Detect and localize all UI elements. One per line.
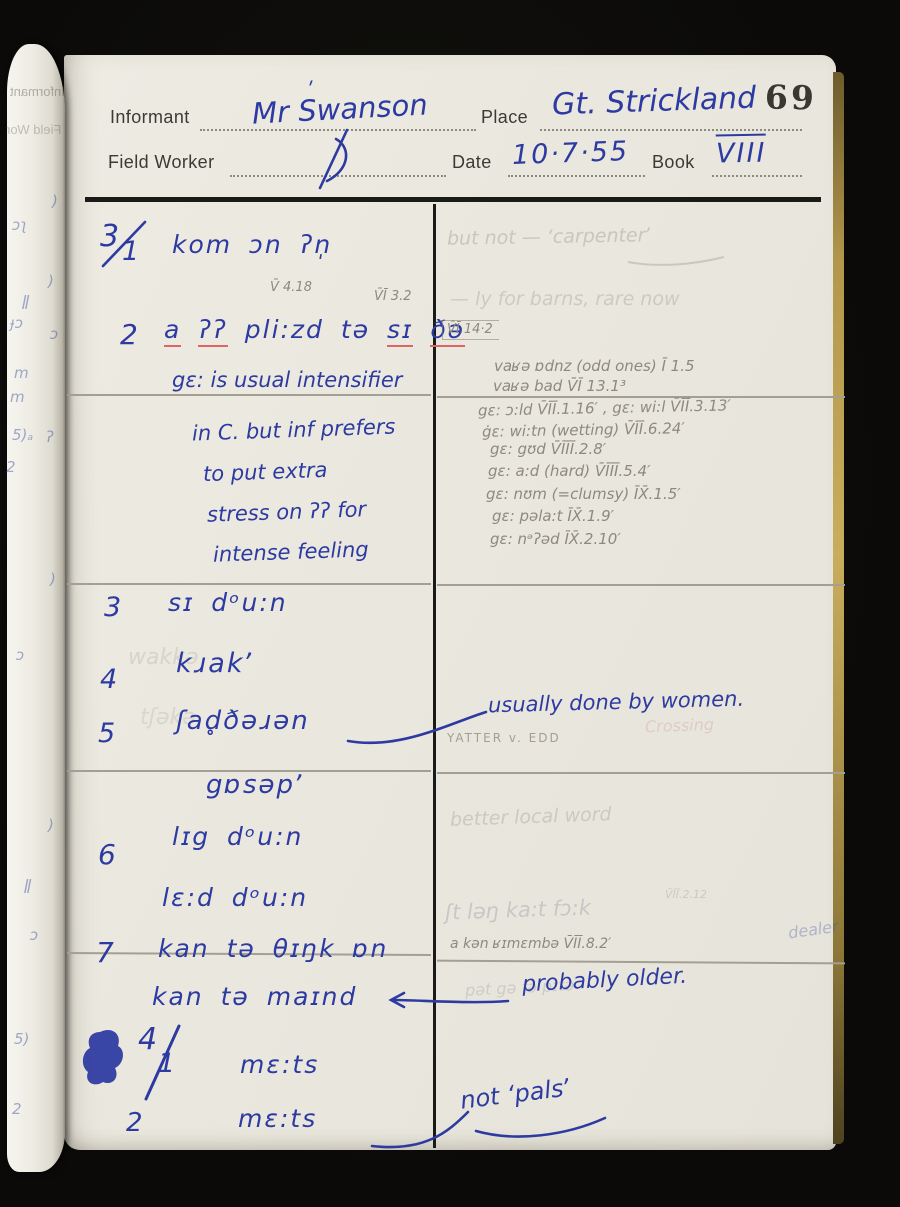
- row-rule: [67, 583, 431, 585]
- spine-mark: ɔʅ: [12, 216, 27, 234]
- entry-2-note-line1-clip: gɛ: is usual intensifier: [172, 368, 433, 404]
- pencil-ref-line: ġɛ: wi:tn (wetting) V̄ĪĪ.6.24′: [482, 419, 685, 441]
- informant-label: Informant: [110, 107, 190, 128]
- entry-4-number: 4: [100, 664, 117, 695]
- entry-7-number: 7: [96, 936, 114, 969]
- token-underlined: a: [164, 315, 181, 347]
- field-worker-dotted-line: [230, 175, 446, 177]
- entry-5-number: 5: [98, 718, 115, 749]
- book-label: Book: [652, 152, 695, 173]
- ghost-ref: V̄ĪĪ.2.12: [665, 888, 707, 901]
- entry-5-transcription: ʃad̥ðəɹən: [176, 706, 310, 736]
- pencil-ref-vi-3-2: V̄Ī 3.2: [374, 289, 412, 304]
- entry-7-transcription-1: kan tə θɪŋk ɒn: [158, 934, 388, 963]
- spine-mark: 5)ₐ: [12, 426, 33, 444]
- pencil-ref-line: gɛ: pəla:t ĪX̄.1.9′: [492, 507, 614, 525]
- entry-5-extra-transcription: gɒsəpʼ: [206, 770, 305, 800]
- entry-8-transcription-2: mɛ:ts: [238, 1104, 317, 1133]
- spine-mark: m: [14, 364, 29, 382]
- spine-mark: ǁ: [24, 876, 31, 894]
- spine-mark: 2: [6, 458, 16, 476]
- mirrored-informant-label: Informant: [10, 84, 65, 99]
- entry-1-subnumber: 1: [122, 236, 139, 267]
- pencil-ref-vi-14-2-boxed: V̄Ī.14·2: [442, 320, 499, 340]
- informant-dotted-line: [200, 129, 476, 131]
- spine-mark: ): [48, 816, 54, 834]
- token: pli:zd: [245, 315, 324, 344]
- note-line: gɛ: is usual intensifier: [172, 368, 402, 392]
- place-dotted-line: [540, 129, 802, 131]
- token: tə: [341, 315, 370, 344]
- entry-7-transcription-2: kan tə maɪnd: [152, 982, 357, 1011]
- spine-mark: ɔ: [30, 926, 38, 944]
- note-line: to put extra: [203, 458, 328, 486]
- entry-8-number-sub: 1: [158, 1048, 175, 1079]
- entry-6-number: 6: [98, 838, 116, 871]
- spine-mark: ): [52, 192, 58, 210]
- ghost-note: ʃt ləŋ ka:t fɔ:k: [445, 895, 592, 924]
- pencil-yatter-note: YATTER v. EDD: [447, 731, 561, 745]
- entry-1-transcription: kom ɔn ʔn̩: [172, 230, 332, 259]
- ghost-note: but not — ʻcarpenterʼ: [447, 224, 652, 250]
- previous-page-edge: [7, 44, 65, 1172]
- page-number-stamp: 69: [765, 78, 818, 118]
- pencil-ref-line: vaʁə bad V̄Ī 13.1³: [493, 377, 626, 395]
- header-thick-rule: [85, 197, 821, 202]
- spine-mark: ɔ: [50, 325, 58, 343]
- book-dotted-line: [712, 175, 802, 177]
- pencil-ref-line: gɛ: nʊm (=clumsy) ĪX̄.1.5′: [486, 485, 681, 503]
- scanned-notebook-photo: Informant Field Wor ) ɔʅ ) ǁ ɟɔ ɔ m m 5)…: [0, 0, 900, 1207]
- token-underlined: sɪ: [387, 315, 413, 347]
- entry-4-transcription: kɹakʼ: [176, 648, 255, 679]
- entry-8-number-2: 2: [126, 1108, 143, 1138]
- pencil-remember-ref: a kən ʁɪmɛmbə V̄ĪĪ.8.2′: [450, 936, 611, 952]
- ghost-note: Crossing: [645, 715, 715, 736]
- spine-mark: ɔ: [16, 646, 24, 664]
- page-stack-gilt-edge: [833, 72, 844, 1144]
- entry-2-transcription: a ʔʔ pli:zd tə sɪ ðə: [164, 315, 465, 344]
- spine-mark: ǁ: [22, 292, 29, 310]
- spine-mark: ): [48, 272, 54, 290]
- date-label: Date: [452, 152, 492, 173]
- entry-8-transcription-1: mɛ:ts: [240, 1050, 319, 1079]
- row-rule: [437, 772, 845, 774]
- entry-3-transcription: sɪ dᵒu:n: [168, 588, 288, 617]
- spine-mark: ɟɔ: [10, 314, 23, 332]
- spine-mark: ): [50, 570, 56, 588]
- entry-2-number: 2: [120, 318, 138, 351]
- book-value: VIII: [716, 134, 767, 170]
- entry-6-transcription-2: lɛ:d dᵒu:n: [162, 883, 308, 912]
- pencil-ref-line: vaʁə ɒdnz (odd ones) Ī 1.5: [494, 357, 695, 375]
- spine-mark: 2: [12, 1100, 22, 1118]
- entry-8-number-main: 4: [138, 1022, 157, 1057]
- mirrored-fieldworker-label: Field Wor: [6, 122, 61, 137]
- row-rule: [437, 584, 845, 586]
- pencil-ref-line: gɛ: gʊd V̄ĪĪĪ.2.8′: [490, 440, 606, 458]
- place-value: Gt. Strickland: [551, 80, 756, 122]
- entry-3-number: 3: [104, 592, 121, 623]
- date-dotted-line: [508, 175, 645, 177]
- spine-mark: ʔ: [46, 428, 54, 446]
- pencil-ref-line: gɛ: nᵊʔəd ĪX̄.2.10′: [490, 530, 621, 548]
- ghost-note: — ly for barns, rare now: [450, 288, 680, 310]
- place-label: Place: [481, 107, 528, 128]
- spine-mark: m: [10, 388, 25, 406]
- informant-tick-mark: ʹ: [306, 78, 312, 102]
- entry-6-transcription-1: lɪg dᵒu:n: [172, 822, 303, 851]
- pencil-ref-line: gɛ: a:d (hard) V̄ĪĪĪ.5.4′: [488, 462, 650, 480]
- token-underlined: ʔʔ: [198, 315, 228, 347]
- spine-mark: 5): [14, 1030, 29, 1048]
- pencil-ref-v-4-18: V̄ 4.18: [270, 280, 312, 295]
- entry-1-number: 3: [100, 219, 119, 254]
- field-worker-label: Field Worker: [108, 152, 215, 173]
- date-value: 10·7·55: [511, 136, 629, 171]
